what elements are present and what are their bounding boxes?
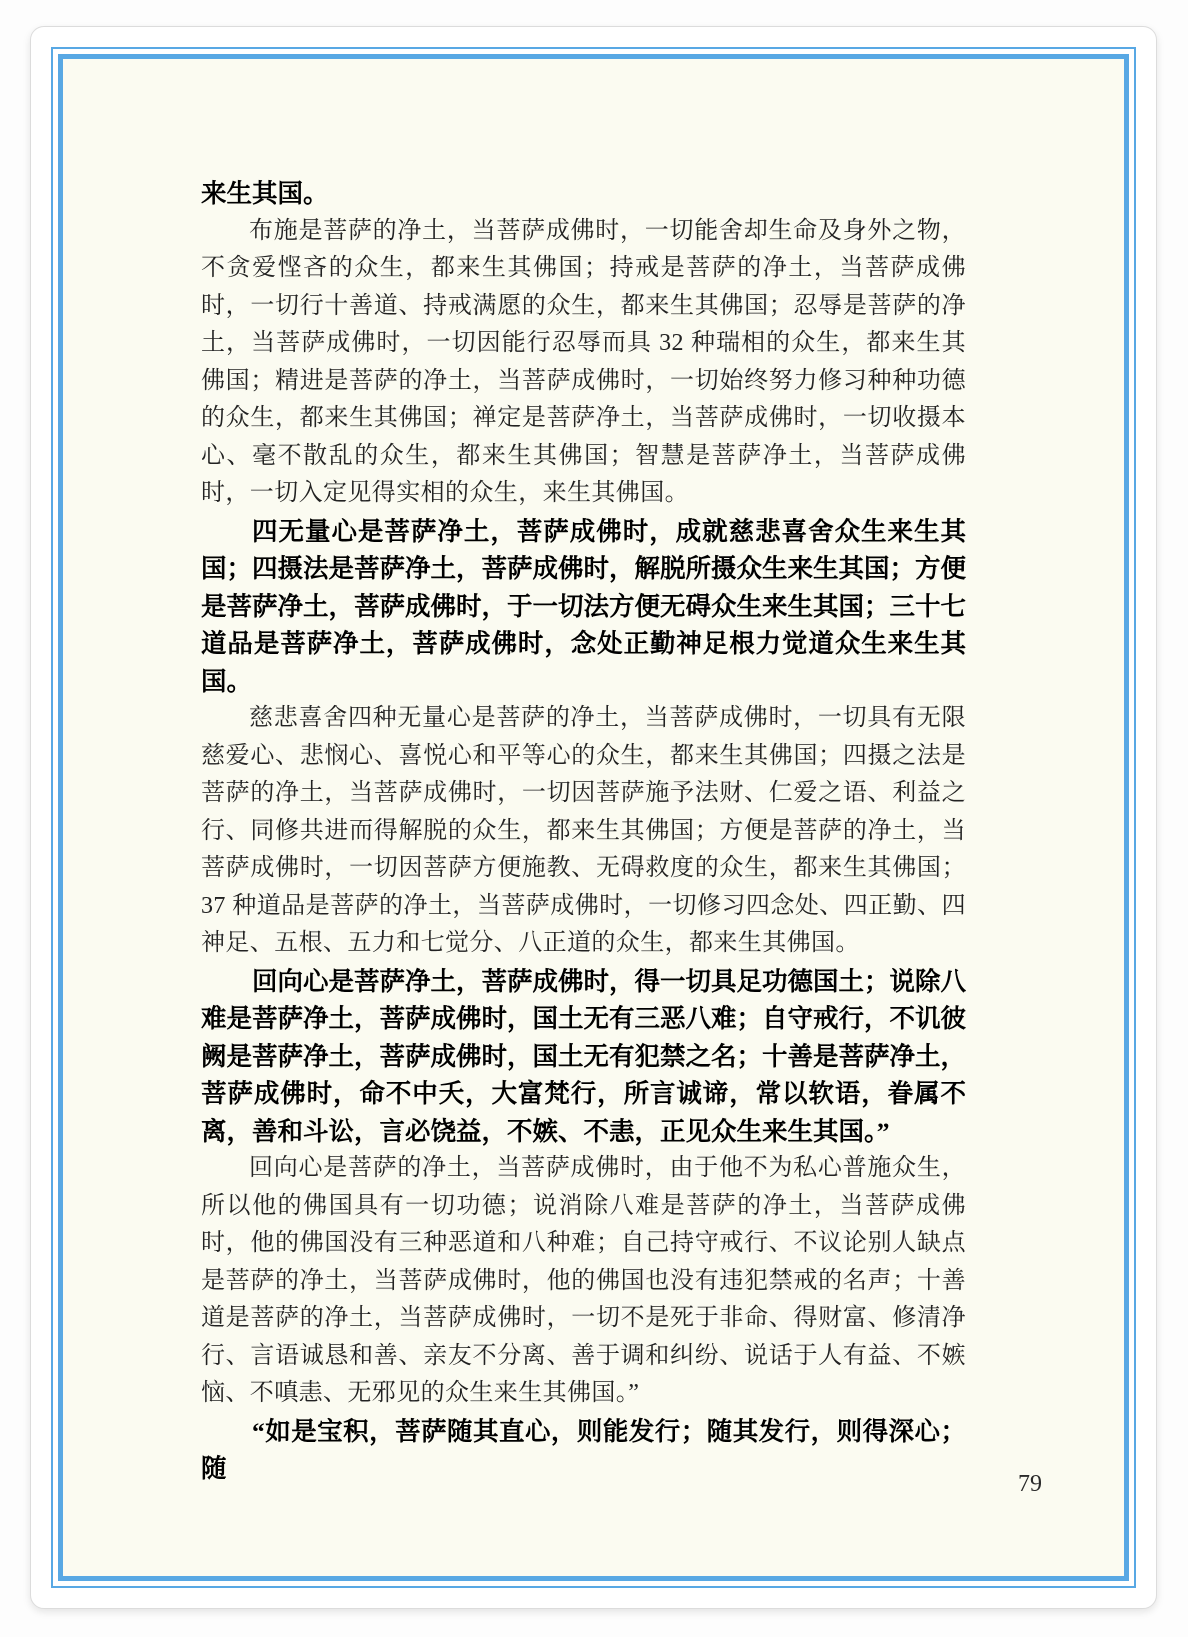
page-text-block: 来生其国。 布施是菩萨的净土，当菩萨成佛时，一切能舍却生命及身外之物，不贪爱悭吝… bbox=[201, 175, 966, 1488]
paragraph-commentary-2: 慈悲喜舍四种无量心是菩萨的净土，当菩萨成佛时，一切具有无限慈爱心、悲悯心、喜悦心… bbox=[201, 700, 966, 963]
paragraph-sutra-quote-3: “如是宝积，菩萨随其直心，则能发行；随其发行，则得深心；随 bbox=[201, 1413, 966, 1488]
paragraph-sutra-quote-1: 四无量心是菩萨净土，菩萨成佛时，成就慈悲喜舍众生来生其国；四摄法是菩萨净土，菩萨… bbox=[201, 513, 966, 701]
paragraph-commentary-1: 布施是菩萨的净土，当菩萨成佛时，一切能舍却生命及身外之物，不贪爱悭吝的众生，都来… bbox=[201, 213, 966, 513]
screenshot-stage: 来生其国。 布施是菩萨的净土，当菩萨成佛时，一切能舍却生命及身外之物，不贪爱悭吝… bbox=[0, 0, 1188, 1637]
paragraph-continuation-bold: 来生其国。 bbox=[201, 175, 966, 213]
paragraph-commentary-3: 回向心是菩萨的净土，当菩萨成佛时，由于他不为私心普施众生，所以他的佛国具有一切功… bbox=[201, 1150, 966, 1413]
page-number: 79 bbox=[1018, 1471, 1042, 1498]
inner-blue-frame: 来生其国。 布施是菩萨的净土，当菩萨成佛时，一切能舍却生命及身外之物，不贪爱悭吝… bbox=[58, 54, 1129, 1581]
paragraph-sutra-quote-2: 回向心是菩萨净土，菩萨成佛时，得一切具足功德国土；说除八难是菩萨净土，菩萨成佛时… bbox=[201, 963, 966, 1151]
book-page-card: 来生其国。 布施是菩萨的净土，当菩萨成佛时，一切能舍却生命及身外之物，不贪爱悭吝… bbox=[30, 26, 1157, 1609]
